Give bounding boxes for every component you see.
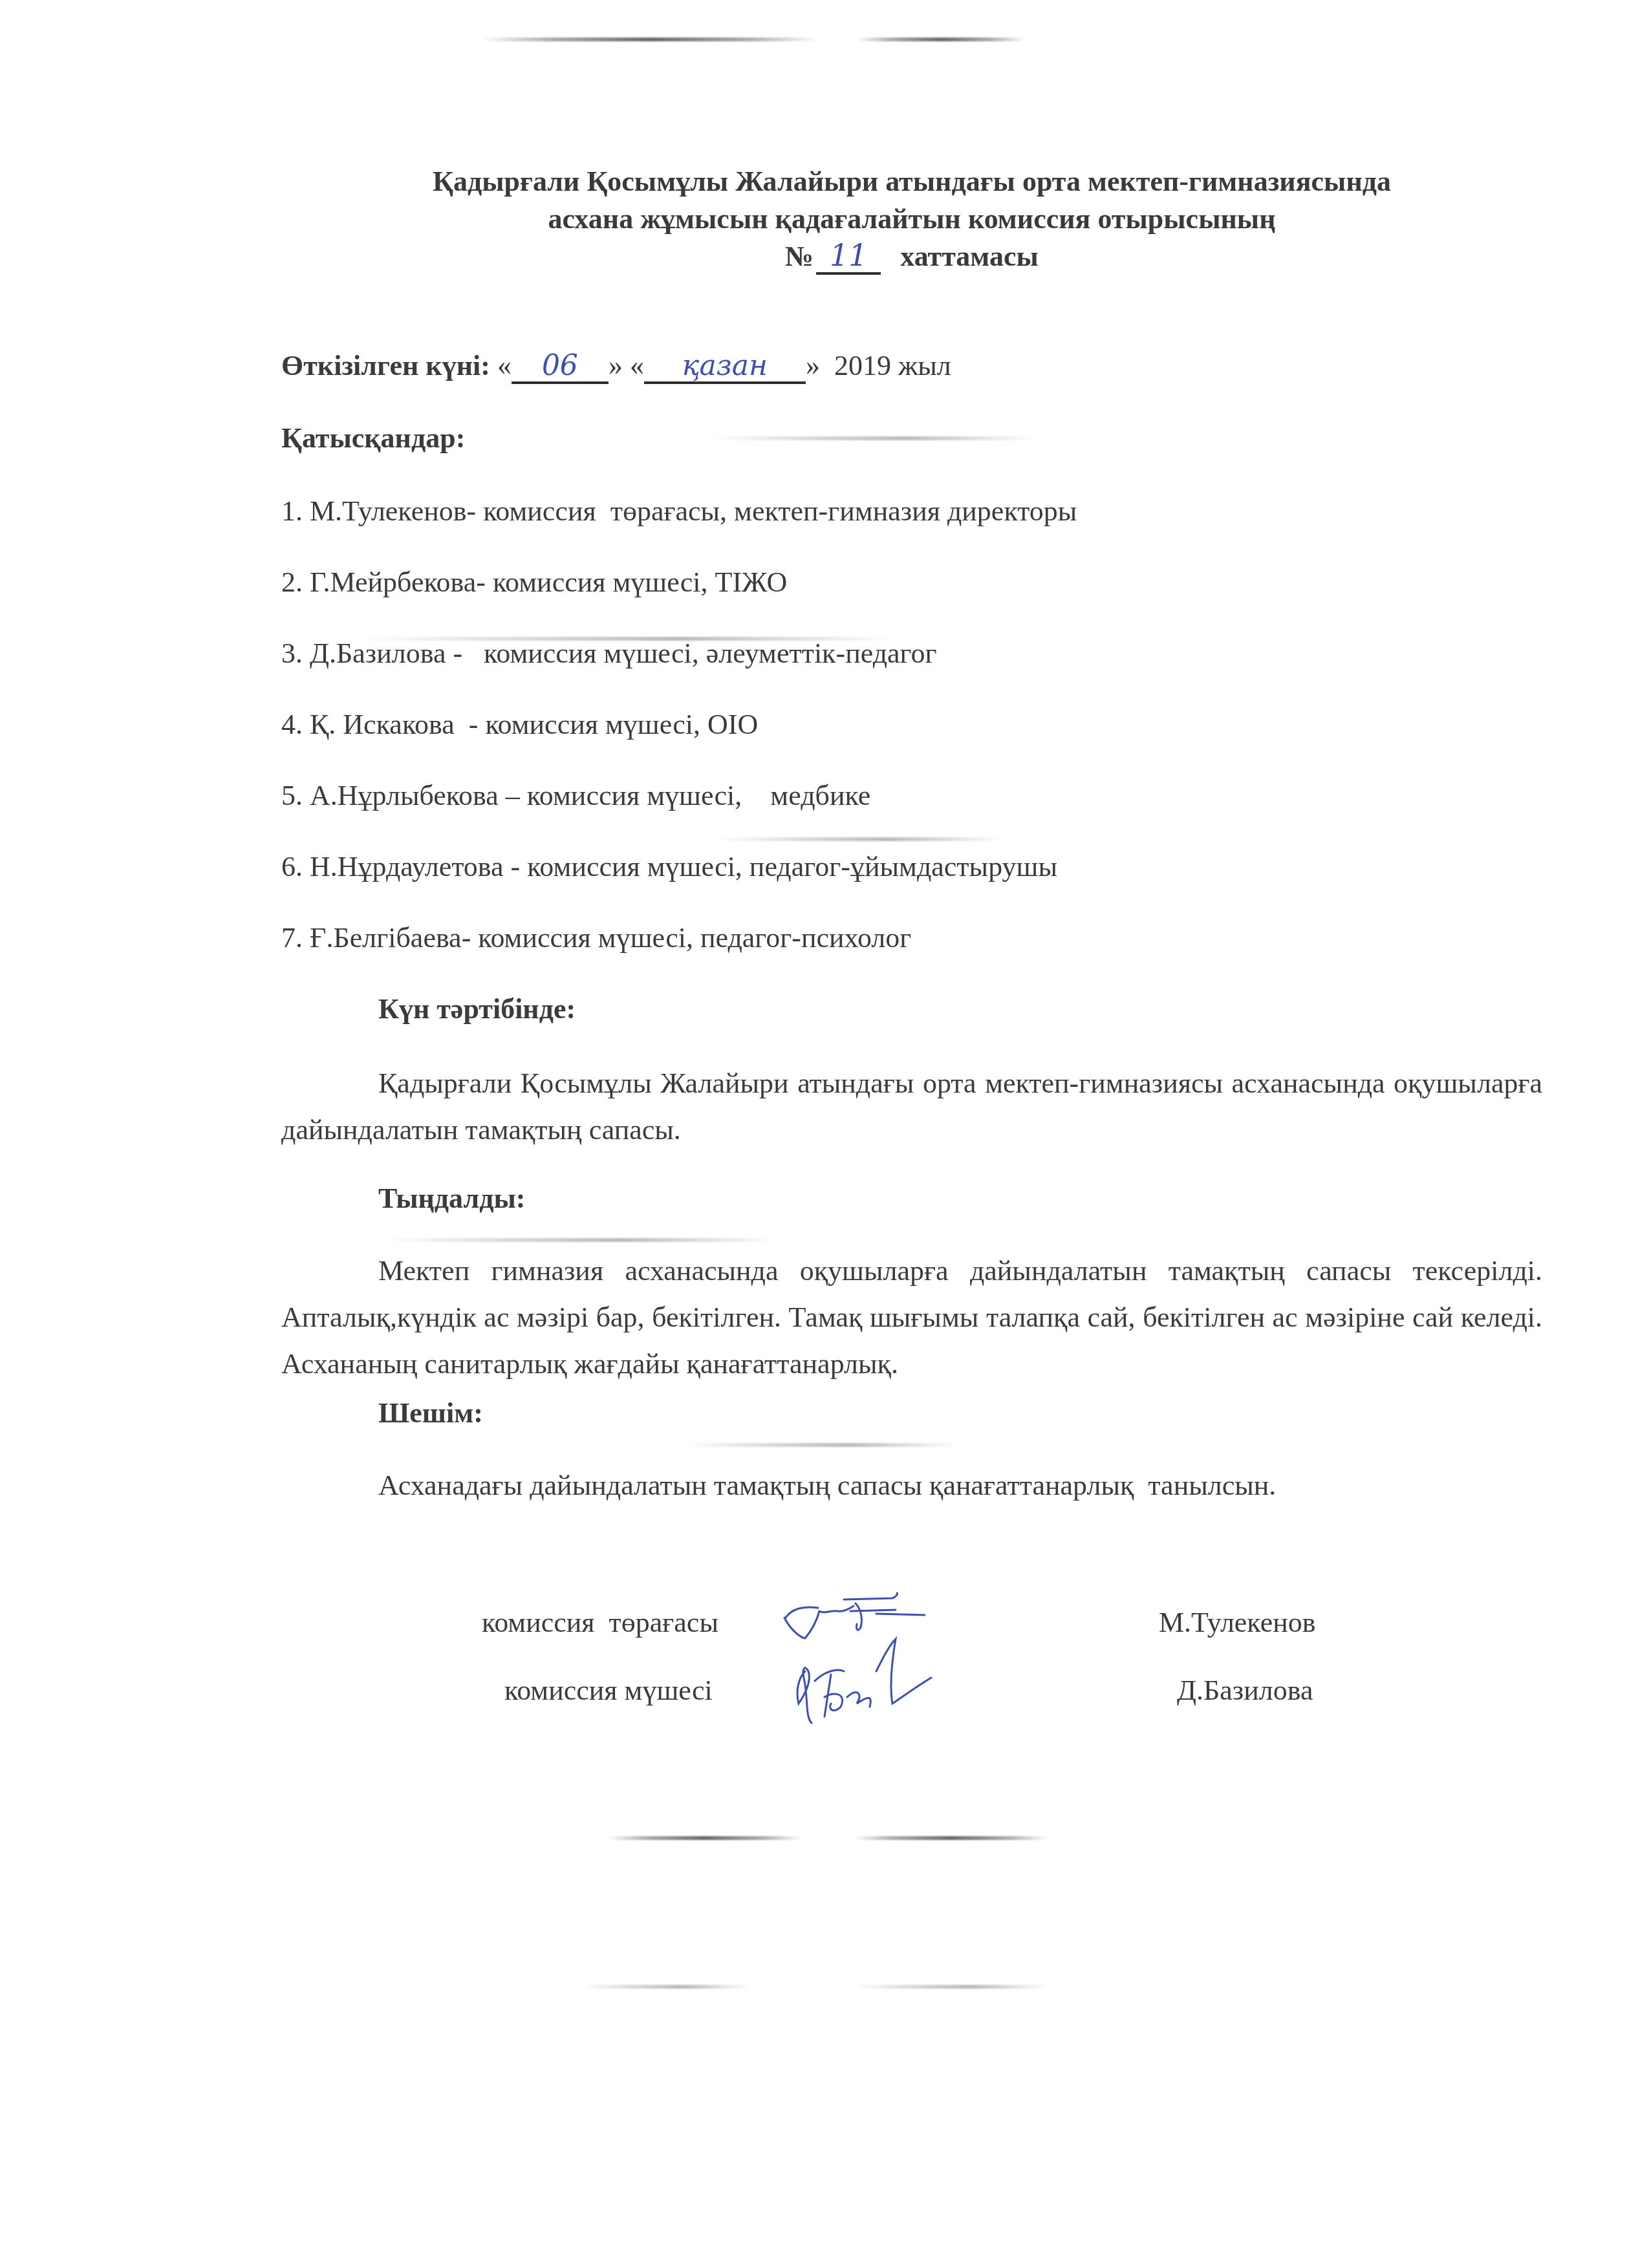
heard-heading: Тыңдалды: [378,1175,1542,1222]
scan-artifact-top-left [482,37,818,41]
signer-role: комиссия мүшесі [504,1671,713,1710]
title-line-1: Қадырғали Қосымұлы Жалайыри атындағы орт… [281,163,1542,200]
scan-artifact-decision [685,1443,957,1447]
scan-artifact-row6 [718,837,1002,841]
decision-text: Асханадағы дайындалатын тамақтың сапасы … [281,1462,1542,1509]
document-title: Қадырғали Қосымұлы Жалайыри атындағы орт… [281,163,1542,275]
signature-row-member: комиссия мүшесі Д.Базилова [0,1671,1649,1723]
scan-artifact-bottom-right [854,1836,1048,1840]
signer-role: комиссия төрағасы [482,1603,718,1642]
participant-item-5: 5. А.Нұрлыбекова – комиссия мүшесі, медб… [281,773,1542,819]
participant-item-2: 2. Г.Мейрбекова- комиссия мүшесі, ТІЖО [281,559,1542,606]
protocol-number-handwritten: 11 [830,238,868,273]
participant-item-1: 1. М.Тулекенов- комиссия төрағасы, мекте… [281,488,1542,535]
participants-heading: Қатысқандар: [281,415,1542,462]
heard-text: Мектеп гимназия асханасында оқушыларға д… [281,1248,1542,1387]
protocol-number-field: 11 [816,241,881,275]
date-day-handwritten: 06 [542,349,578,382]
open-quote: « [630,350,644,381]
title-line-2: асхана жұмысын қадағалайтын комиссия оты… [281,200,1542,238]
date-month-handwritten: қазан [682,349,768,382]
open-quote: « [497,350,512,381]
date-year: 2019 жыл [834,350,951,381]
scan-artifact-bottom2-left [582,1985,750,1989]
meeting-date-line: Өткізілген күні: «06» «қазан» 2019 жыл [281,343,1542,389]
handwritten-signature-icon [786,1632,941,1729]
protocol-number-line: №11хаттамасы [281,238,1542,275]
participant-item-6: 6. Н.Нұрдаулетова - комиссия мүшесі, пед… [281,844,1542,890]
close-quote: » [609,350,623,381]
document-page: Қадырғали Қосымұлы Жалайыри атындағы орт… [0,0,1649,2268]
agenda-heading: Күн тәртібінде: [378,986,1542,1032]
signer-name: М.Тулекенов [1159,1603,1316,1642]
decision-heading: Шешім: [378,1390,1542,1437]
scan-artifact-bottom2-right [854,1985,1048,1989]
participant-item-4: 4. Қ. Искакова - комиссия мүшесі, ОІО [281,701,1542,748]
date-label: Өткізілген күні: [281,350,490,381]
agenda-text: Қадырғали Қосымұлы Жалайыри атындағы орт… [281,1060,1542,1153]
scan-artifact-top-right [857,37,1025,41]
close-quote: » [806,350,820,381]
number-sign: № [785,241,814,272]
protocol-word: хаттамасы [900,241,1039,272]
participant-item-7: 7. Ғ.Белгібаева- комиссия мүшесі, педаго… [281,915,1542,961]
participant-item-3: 3. Д.Базилова - комиссия мүшесі, әлеумет… [281,630,1542,677]
scan-artifact-heard [388,1238,776,1242]
date-day-field: 06 [512,352,609,384]
scan-artifact-bottom-left [608,1836,802,1840]
signer-name: Д.Базилова [1177,1671,1313,1710]
date-month-field: қазан [644,352,806,384]
